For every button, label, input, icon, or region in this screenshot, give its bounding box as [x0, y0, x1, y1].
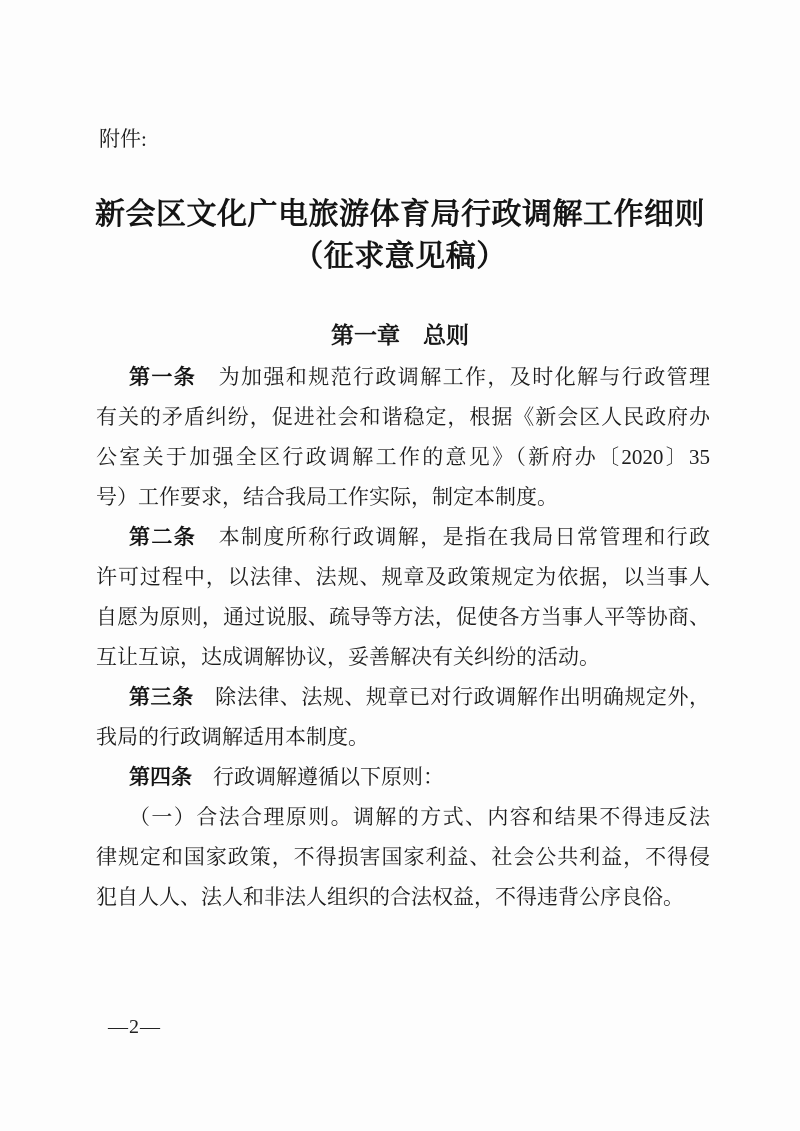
document-line: 律规定和国家政策，不得损害国家利益、社会公共利益，不得侵 [96, 837, 710, 877]
document-line: 第四条 行政调解遵循以下原则： [96, 757, 710, 797]
article-number: 第四条 [129, 765, 192, 789]
article-number: 第三条 [129, 685, 194, 709]
document-line: 犯自人人、法人和非法人组织的合法权益，不得违背公序良俗。 [96, 877, 710, 917]
page-number: —2— [108, 1012, 161, 1042]
chapter-heading: 第一章 总则 [0, 316, 800, 356]
attachment-label: 附件: [99, 124, 147, 154]
scanned-document-page: 附件: 新会区文化广电旅游体育局行政调解工作细则 （征求意见稿） 第一章 总则 … [0, 0, 800, 1131]
document-line: 有关的矛盾纠纷，促进社会和谐稳定，根据《新会区人民政府办 [96, 397, 710, 437]
article-text: 行政调解遵循以下原则： [192, 765, 444, 789]
article-text: 为加强和规范行政调解工作，及时化解与行政管理 [196, 365, 710, 389]
document-line: 公室关于加强全区行政调解工作的意见》（新府办〔2020〕35 [96, 437, 710, 477]
document-line: （一）合法合理原则。调解的方式、内容和结果不得违反法 [96, 797, 710, 837]
document-line: 自愿为原则，通过说服、疏导等方法，促使各方当事人平等协商、 [96, 597, 710, 637]
document-line: 号）工作要求，结合我局工作实际，制定本制度。 [96, 477, 710, 517]
document-line: 我局的行政调解适用本制度。 [96, 717, 710, 757]
document-line: 互让互谅，达成调解协议，妥善解决有关纠纷的活动。 [96, 637, 710, 677]
document-line: 第一条 为加强和规范行政调解工作，及时化解与行政管理 [96, 357, 710, 397]
article-text: （一）合法合理原则。调解的方式、内容和结果不得违反法 [129, 805, 710, 829]
document-line: 第三条 除法律、法规、规章已对行政调解作出明确规定外， [96, 677, 710, 717]
article-text: 本制度所称行政调解，是指在我局日常管理和行政 [196, 525, 710, 549]
article-number: 第一条 [129, 365, 196, 389]
document-body: 第一条 为加强和规范行政调解工作，及时化解与行政管理 有关的矛盾纠纷，促进社会和… [96, 357, 710, 917]
document-line: 第二条 本制度所称行政调解，是指在我局日常管理和行政 [96, 517, 710, 557]
document-line: 许可过程中，以法律、法规、规章及政策规定为依据，以当事人 [96, 557, 710, 597]
document-title-line1: 新会区文化广电旅游体育局行政调解工作细则 [0, 194, 800, 236]
article-number: 第二条 [129, 525, 196, 549]
article-text: 除法律、法规、规章已对行政调解作出明确规定外， [194, 685, 710, 709]
document-title-line2: （征求意见稿） [0, 236, 800, 278]
document-title: 新会区文化广电旅游体育局行政调解工作细则 （征求意见稿） [0, 194, 800, 278]
